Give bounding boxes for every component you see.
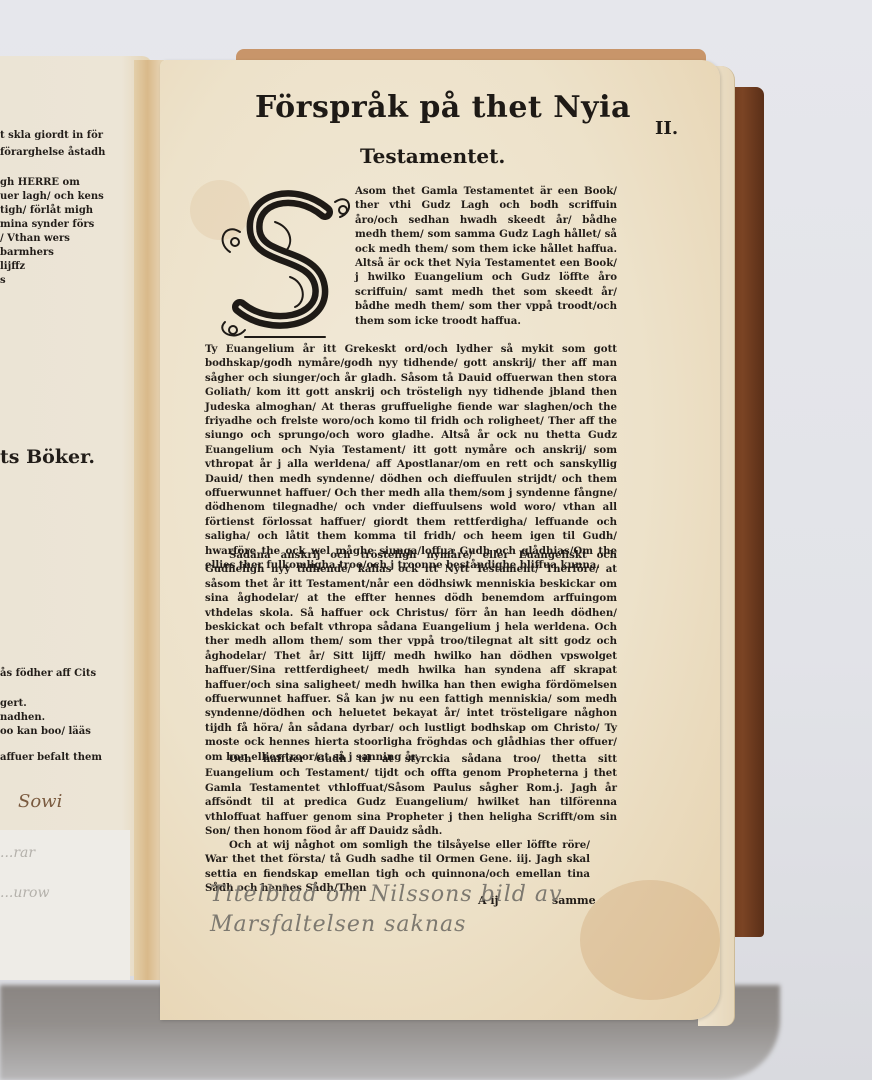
left-text-line: mina synder förs	[0, 219, 94, 230]
left-text-line: gh HERRE om	[0, 177, 80, 188]
paragraph-1: Asom thet Gamla Testamentet är een Book/…	[355, 184, 617, 328]
left-text-line: uer lagh/ och kens	[0, 191, 104, 202]
pencil-note: ...rar	[0, 845, 35, 861]
left-text-line: / Vthan wers	[0, 233, 70, 244]
left-text-line: förarghelse åstadh	[0, 147, 105, 158]
folio-number: II.	[655, 118, 678, 139]
decorated-initial-s-icon	[215, 182, 355, 342]
left-text-line: s	[0, 275, 6, 286]
pencil-annotation: Titelblad om Nilssons bild av Marsfaltel…	[210, 880, 600, 940]
foxing-stain	[580, 880, 720, 1000]
paper-insert: ...rar ...urow	[0, 830, 130, 980]
paragraph-3: Sådana anskrij och trösteligh nymåre/ el…	[205, 548, 617, 764]
left-text-line: barmhers	[0, 247, 54, 258]
left-text-line: affuer befalt them	[0, 752, 102, 763]
left-text-line: tigh/ förlåt migh	[0, 205, 93, 216]
left-text-line: lijffz	[0, 261, 25, 272]
ink-annotation: Sowi	[18, 791, 62, 812]
left-text-line: t skla giordt in för	[0, 130, 103, 141]
left-text-line: gert.	[0, 698, 27, 709]
page-subtitle: Testamentet.	[360, 144, 505, 168]
pencil-note: ...urow	[0, 885, 49, 901]
paragraph-4: Och haffuer Gudh til at styrckia sådana …	[205, 752, 617, 838]
left-text-line: nadhen.	[0, 712, 45, 723]
left-heading: ts Böker.	[0, 446, 95, 468]
left-text-line: ås födher aff Cits	[0, 668, 96, 679]
paragraph-2: Ty Euangelium år itt Grekeskt ord/och ly…	[205, 342, 617, 573]
left-text-line: oo kan boo/ lääs	[0, 726, 91, 737]
page-title: Förspråk på thet Nyia	[255, 90, 595, 125]
